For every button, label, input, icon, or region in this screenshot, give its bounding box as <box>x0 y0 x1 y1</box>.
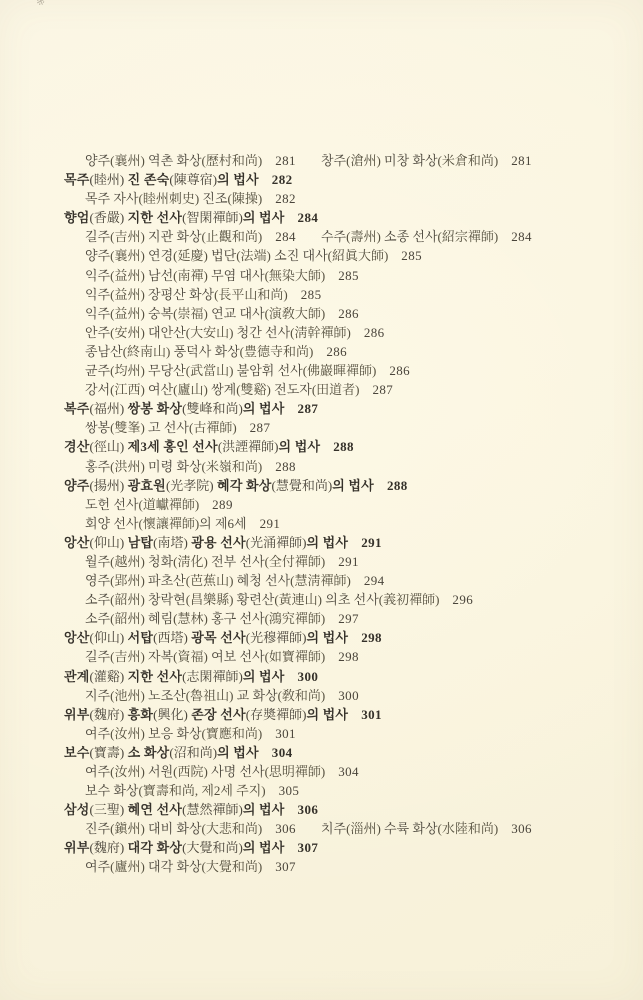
toc-entry: 길주(吉州) 자복(資福) 여보 선사(如寶禪師)298 <box>85 647 359 666</box>
hanja-parenthetical: (鎭州) <box>110 821 145 836</box>
hanja-parenthetical: (長平山和尚) <box>214 287 288 302</box>
toc-entry: 익주(益州) 장평산 화상(長平山和尚)285 <box>85 285 321 304</box>
toc-entry: 앙산(仰山) 서탑(西塔) 광목 선사(光穆禪師)의 법사298 <box>64 628 382 647</box>
toc-line: 목주(睦州) 진 존숙(陳尊宿)의 법사282 <box>64 170 613 189</box>
page-number: 285 <box>401 248 422 263</box>
toc-line: 여주(廬州) 대각 화상(大覺和尚)307 <box>64 857 613 876</box>
hanja-parenthetical: (廬山) <box>173 382 208 397</box>
hanja-parenthetical: (慧覺和尚) <box>272 478 333 493</box>
hanja-parenthetical: (陳尊宿) <box>169 172 217 187</box>
toc-line: 홍주(洪州) 미령 화상(米嶺和尚)288 <box>64 457 613 476</box>
toc-line: 복주(福州) 쌍봉 화상(雙峰和尚)의 법사287 <box>64 399 613 418</box>
page-number: 306 <box>511 821 532 836</box>
hanja-parenthetical: (西塔) <box>153 630 188 645</box>
hanja-parenthetical: (慧淸禪師) <box>290 573 351 588</box>
hanja-parenthetical: (仰山) <box>90 535 125 550</box>
toc-entry: 치주(淄州) 수륙 화상(水陸和尚)306 <box>321 819 532 838</box>
scan-artifact-mark: ※ <box>34 0 47 9</box>
hanja-parenthetical: (益州) <box>110 306 145 321</box>
toc-entry: 관계(灌谿) 지한 선사(志閑禪師)의 법사300 <box>64 667 318 686</box>
hanja-parenthetical: (襄州) <box>110 153 145 168</box>
page-number: 298 <box>361 630 382 645</box>
toc-line: 양주(襄州) 역촌 화상(歷村和尚)281창주(滄州) 미창 화상(米倉和尚)2… <box>64 151 613 170</box>
hanja-parenthetical: (慧然禪師) <box>182 802 243 817</box>
toc-line: 종남산(終南山) 풍덕사 화상(豊德寺和尚)286 <box>64 342 613 361</box>
toc-entry: 도헌 선사(道巘禪師)289 <box>85 495 233 514</box>
hanja-parenthetical: (池州) <box>110 688 145 703</box>
hanja-parenthetical: (陳操) <box>228 191 263 206</box>
hanja-parenthetical: (思明禪師) <box>265 764 326 779</box>
hanja-parenthetical: (古禪師) <box>189 420 237 435</box>
hanja-parenthetical: (魏府) <box>90 707 125 722</box>
page-number: 284 <box>511 229 532 244</box>
page-number: 291 <box>260 516 281 531</box>
toc-entry: 삼성(三聖) 혜연 선사(慧然禪師)의 법사306 <box>64 800 318 819</box>
hanja-parenthetical: (義初禪師) <box>379 592 440 607</box>
hanja-parenthetical: (米嶺和尚) <box>202 459 263 474</box>
hanja-parenthetical: (慧林) <box>173 611 208 626</box>
toc-entry: 홍주(洪州) 미령 화상(米嶺和尚)288 <box>85 457 296 476</box>
toc-entry: 여주(廬州) 대각 화상(大覺和尚)307 <box>85 857 296 876</box>
page-number: 284 <box>298 210 319 225</box>
hanja-parenthetical: (懷讓禪師) <box>138 516 199 531</box>
toc-line: 앙산(仰山) 서탑(西塔) 광목 선사(光穆禪師)의 법사298 <box>64 628 613 647</box>
toc-line: 진주(鎭州) 대비 화상(大悲和尚)306치주(淄州) 수륙 화상(水陸和尚)3… <box>64 819 613 838</box>
hanja-parenthetical: (灌谿) <box>90 669 125 684</box>
page-number: 281 <box>511 153 532 168</box>
hanja-parenthetical: (豊德寺和尚) <box>240 344 314 359</box>
toc-line: 양주(揚州) 광효원(光孝院) 혜각 화상(慧覺和尚)의 법사288 <box>64 476 613 495</box>
toc-line: 쌍봉(雙峯) 고 선사(古禪師)287 <box>64 418 613 437</box>
toc-entry: 지주(池州) 노조산(魯祖山) 교 화상(敎和尚)300 <box>85 686 359 705</box>
toc-entry: 위부(魏府) 흥화(興化) 존장 선사(存奬禪師)의 법사301 <box>64 705 382 724</box>
toc-line: 길주(吉州) 자복(資福) 여보 선사(如寶禪師)298 <box>64 647 613 666</box>
hanja-parenthetical: (洪諲禪師) <box>218 439 279 454</box>
toc-line: 지주(池州) 노조산(魯祖山) 교 화상(敎和尚)300 <box>64 686 613 705</box>
toc-line: 안주(安州) 대안산(大安山) 청간 선사(淸幹禪師)286 <box>64 323 613 342</box>
page-number: 287 <box>298 401 319 416</box>
toc-line: 목주 자사(睦州刺史) 진조(陳操)282 <box>64 189 613 208</box>
hanja-parenthetical: (田道者) <box>312 382 360 397</box>
hanja-parenthetical: (黃連山) <box>274 592 322 607</box>
hanja-parenthetical: (西院) <box>173 764 208 779</box>
hanja-parenthetical: (資福) <box>173 649 208 664</box>
hanja-parenthetical: (沼和尚) <box>169 745 217 760</box>
hanja-parenthetical: (吉州) <box>110 229 145 244</box>
hanja-parenthetical: (魏府) <box>90 840 125 855</box>
hanja-parenthetical: (演敎大師) <box>265 306 326 321</box>
page-number: 285 <box>301 287 322 302</box>
toc-line: 앙산(仰山) 남탑(南塔) 광용 선사(光涌禪師)의 법사291 <box>64 533 613 552</box>
page-number: 307 <box>298 840 319 855</box>
hanja-parenthetical: (淸幹禪師) <box>290 325 351 340</box>
hanja-parenthetical: (吉州) <box>110 649 145 664</box>
page-number: 286 <box>326 344 347 359</box>
hanja-parenthetical: (雙峯) <box>110 420 145 435</box>
hanja-parenthetical: (韶州) <box>110 611 145 626</box>
hanja-parenthetical: (水陸和尚) <box>438 821 499 836</box>
page-number: 296 <box>452 592 473 607</box>
toc-line: 소주(韶州) 혜림(慧林) 홍구 선사(鴻究禪師)297 <box>64 609 613 628</box>
page-number: 286 <box>338 306 359 321</box>
page-number: 285 <box>338 268 359 283</box>
toc-entry: 익주(益州) 남선(南禪) 무염 대사(無染大師)285 <box>85 266 359 285</box>
hanja-parenthetical: (止觀和尚) <box>202 229 263 244</box>
toc-entry: 쌍봉(雙峯) 고 선사(古禪師)287 <box>85 418 270 437</box>
page-number: 286 <box>364 325 385 340</box>
hanja-parenthetical: (光涌禪師) <box>246 535 307 550</box>
page-number: 287 <box>373 382 394 397</box>
toc-entry: 여주(汝州) 보응 화상(寶應和尚)301 <box>85 724 296 743</box>
hanja-parenthetical: (揚州) <box>90 478 125 493</box>
hanja-parenthetical: (紹眞大師) <box>328 248 389 263</box>
page-number: 282 <box>272 172 293 187</box>
hanja-parenthetical: (益州) <box>110 268 145 283</box>
hanja-parenthetical: (南塔) <box>153 535 188 550</box>
hanja-parenthetical: (淄州) <box>346 821 381 836</box>
hanja-parenthetical: (昌樂縣) <box>186 592 234 607</box>
toc-entry: 양주(襄州) 역촌 화상(歷村和尚)281 <box>85 151 321 170</box>
hanja-parenthetical: (大覺和尚) <box>182 840 243 855</box>
page-number: 298 <box>338 649 359 664</box>
hanja-parenthetical: (越州) <box>110 554 145 569</box>
hanja-parenthetical: (寶壽) <box>90 745 125 760</box>
hanja-parenthetical: (大悲和尚) <box>202 821 263 836</box>
page-number: 307 <box>275 859 296 874</box>
toc-line: 보수(寶壽) 소 화상(沼和尚)의 법사304 <box>64 743 613 762</box>
page-number: 306 <box>298 802 319 817</box>
hanja-parenthetical: (延慶) <box>173 248 208 263</box>
hanja-parenthetical: (淸化) <box>173 554 208 569</box>
hanja-parenthetical: (廬州) <box>110 859 145 874</box>
scanned-book-page: ※ 양주(襄州) 역촌 화상(歷村和尚)281창주(滄州) 미창 화상(米倉和尚… <box>0 0 643 1000</box>
hanja-parenthetical: (香嚴) <box>90 210 125 225</box>
toc-entry: 영주(郢州) 파초산(芭蕉山) 혜청 선사(慧淸禪師)294 <box>85 571 385 590</box>
toc-entry: 향엄(香嚴) 지한 선사(智閑禪師)의 법사284 <box>64 208 318 227</box>
page-number: 297 <box>338 611 359 626</box>
hanja-parenthetical: (雙峰和尚) <box>182 401 243 416</box>
hanja-parenthetical: (光孝院) <box>166 478 214 493</box>
toc-line: 회양 선사(懷讓禪師)의 제6세291 <box>64 514 613 533</box>
toc-entry: 안주(安州) 대안산(大安山) 청간 선사(淸幹禪師)286 <box>85 323 385 342</box>
hanja-parenthetical: (法端) <box>236 248 271 263</box>
hanja-parenthetical: (敎和尚) <box>278 688 326 703</box>
toc-entry: 강서(江西) 여산(廬山) 쌍계(雙谿) 전도자(田道者)287 <box>85 380 393 399</box>
hanja-parenthetical: (郢州) <box>110 573 145 588</box>
page-number: 291 <box>338 554 359 569</box>
toc-entry: 양주(襄州) 연경(延慶) 법단(法端) 소진 대사(紹眞大師)285 <box>85 246 422 265</box>
hanja-parenthetical: (睦州) <box>90 172 125 187</box>
hanja-parenthetical: (大覺和尚) <box>202 859 263 874</box>
page-number: 289 <box>212 497 233 512</box>
toc-line: 삼성(三聖) 혜연 선사(慧然禪師)의 법사306 <box>64 800 613 819</box>
toc-entry: 월주(越州) 청화(淸化) 전부 선사(全付禪師)291 <box>85 552 359 571</box>
page-number: 301 <box>361 707 382 722</box>
hanja-parenthetical: (紹宗禪師) <box>438 229 499 244</box>
toc-line: 소주(韶州) 창락현(昌樂縣) 황련산(黃連山) 의초 선사(義初禪師)296 <box>64 590 613 609</box>
hanja-parenthetical: (滄州) <box>346 153 381 168</box>
hanja-parenthetical: (全付禪師) <box>265 554 326 569</box>
hanja-parenthetical: (光穆禪師) <box>246 630 307 645</box>
toc-line: 강서(江西) 여산(廬山) 쌍계(雙谿) 전도자(田道者)287 <box>64 380 613 399</box>
toc-line: 도헌 선사(道巘禪師)289 <box>64 495 613 514</box>
hanja-parenthetical: (南禪) <box>173 268 208 283</box>
toc-line: 위부(魏府) 흥화(興化) 존장 선사(存奬禪師)의 법사301 <box>64 705 613 724</box>
toc-line: 관계(灌谿) 지한 선사(志閑禪師)의 법사300 <box>64 667 613 686</box>
page-number: 300 <box>298 669 319 684</box>
toc-line: 익주(益州) 장평산 화상(長平山和尚)285 <box>64 285 613 304</box>
hanja-parenthetical: (存奬禪師) <box>246 707 307 722</box>
page-number: 306 <box>275 821 296 836</box>
page-number: 282 <box>275 191 296 206</box>
hanja-parenthetical: (佛巖暉禪師) <box>303 363 377 378</box>
hanja-parenthetical: (寶應和尚) <box>202 726 263 741</box>
toc-line: 보수 화상(寶壽和尚, 제2세 주지)305 <box>64 781 613 800</box>
toc-entry: 보수(寶壽) 소 화상(沼和尚)의 법사304 <box>64 743 293 762</box>
toc-entry: 양주(揚州) 광효원(光孝院) 혜각 화상(慧覺和尚)의 법사288 <box>64 476 408 495</box>
hanja-parenthetical: (韶州) <box>110 592 145 607</box>
toc-line: 익주(益州) 숭복(崇福) 연교 대사(演敎大師)286 <box>64 304 613 323</box>
hanja-parenthetical: (福州) <box>90 401 125 416</box>
toc-entry: 창주(滄州) 미창 화상(米倉和尚)281 <box>321 151 532 170</box>
hanja-parenthetical: (汝州) <box>110 764 145 779</box>
hanja-parenthetical: (興化) <box>153 707 188 722</box>
hanja-parenthetical: (雙谿) <box>236 382 271 397</box>
hanja-parenthetical: (洪州) <box>110 459 145 474</box>
table-of-contents: 양주(襄州) 역촌 화상(歷村和尚)281창주(滄州) 미창 화상(米倉和尚)2… <box>64 151 613 877</box>
toc-line: 위부(魏府) 대각 화상(大覺和尚)의 법사307 <box>64 838 613 857</box>
page-number: 304 <box>338 764 359 779</box>
page-number: 300 <box>338 688 359 703</box>
hanja-parenthetical: (芭蕉山) <box>186 573 234 588</box>
hanja-parenthetical: (三聖) <box>90 802 125 817</box>
toc-entry: 소주(韶州) 창락현(昌樂縣) 황련산(黃連山) 의초 선사(義初禪師)296 <box>85 590 473 609</box>
hanja-parenthetical: (安州) <box>110 325 145 340</box>
hanja-parenthetical: (武當山) <box>186 363 234 378</box>
page-number: 291 <box>361 535 382 550</box>
page-number: 288 <box>275 459 296 474</box>
hanja-parenthetical: (大安山) <box>186 325 234 340</box>
toc-line: 양주(襄州) 연경(延慶) 법단(法端) 소진 대사(紹眞大師)285 <box>64 246 613 265</box>
toc-entry: 익주(益州) 숭복(崇福) 연교 대사(演敎大師)286 <box>85 304 359 323</box>
toc-line: 영주(郢州) 파초산(芭蕉山) 혜청 선사(慧淸禪師)294 <box>64 571 613 590</box>
hanja-parenthetical: (睦州刺史) <box>138 191 199 206</box>
page-number: 294 <box>364 573 385 588</box>
hanja-parenthetical: (智閑禪師) <box>182 210 243 225</box>
toc-entry: 여주(汝州) 서원(西院) 사명 선사(思明禪師)304 <box>85 762 359 781</box>
toc-entry: 길주(吉州) 지관 화상(止觀和尚)284 <box>85 227 321 246</box>
hanja-parenthetical: (徑山) <box>90 439 125 454</box>
toc-line: 익주(益州) 남선(南禪) 무염 대사(無染大師)285 <box>64 266 613 285</box>
toc-entry: 보수 화상(寶壽和尚, 제2세 주지)305 <box>85 781 299 800</box>
toc-entry: 진주(鎭州) 대비 화상(大悲和尚)306 <box>85 819 321 838</box>
hanja-parenthetical: (仰山) <box>90 630 125 645</box>
toc-entry: 목주(睦州) 진 존숙(陳尊宿)의 법사282 <box>64 170 293 189</box>
hanja-parenthetical: (終南山) <box>123 344 171 359</box>
hanja-parenthetical: (歷村和尚) <box>202 153 263 168</box>
page-number: 287 <box>250 420 271 435</box>
page-number: 281 <box>275 153 296 168</box>
toc-entry: 회양 선사(懷讓禪師)의 제6세291 <box>85 514 280 533</box>
hanja-parenthetical: (寶壽和尚, 제2세 주지) <box>138 783 265 798</box>
hanja-parenthetical: (益州) <box>110 287 145 302</box>
hanja-parenthetical: (魯祖山) <box>186 688 234 703</box>
hanja-parenthetical: (汝州) <box>110 726 145 741</box>
toc-line: 균주(均州) 무당산(武當山) 불암휘 선사(佛巖暉禪師)286 <box>64 361 613 380</box>
toc-entry: 위부(魏府) 대각 화상(大覺和尚)의 법사307 <box>64 838 318 857</box>
hanja-parenthetical: (如寶禪師) <box>265 649 326 664</box>
toc-entry: 수주(壽州) 소종 선사(紹宗禪師)284 <box>321 227 532 246</box>
hanja-parenthetical: (志閑禪師) <box>182 669 243 684</box>
toc-line: 길주(吉州) 지관 화상(止觀和尚)284수주(壽州) 소종 선사(紹宗禪師)2… <box>64 227 613 246</box>
toc-line: 여주(汝州) 보응 화상(寶應和尚)301 <box>64 724 613 743</box>
page-number: 284 <box>275 229 296 244</box>
toc-entry: 앙산(仰山) 남탑(南塔) 광용 선사(光涌禪師)의 법사291 <box>64 533 382 552</box>
page-number: 288 <box>333 439 354 454</box>
hanja-parenthetical: (壽州) <box>346 229 381 244</box>
toc-line: 월주(越州) 청화(淸化) 전부 선사(全付禪師)291 <box>64 552 613 571</box>
toc-entry: 균주(均州) 무당산(武當山) 불암휘 선사(佛巖暉禪師)286 <box>85 361 410 380</box>
toc-entry: 경산(徑山) 제3세 홍인 선사(洪諲禪師)의 법사288 <box>64 437 354 456</box>
toc-line: 여주(汝州) 서원(西院) 사명 선사(思明禪師)304 <box>64 762 613 781</box>
hanja-parenthetical: (米倉和尚) <box>438 153 499 168</box>
page-number: 288 <box>387 478 408 493</box>
hanja-parenthetical: (道巘禪師) <box>138 497 199 512</box>
toc-line: 경산(徑山) 제3세 홍인 선사(洪諲禪師)의 법사288 <box>64 437 613 456</box>
hanja-parenthetical: (崇福) <box>173 306 208 321</box>
page-number: 286 <box>389 363 410 378</box>
toc-entry: 종남산(終南山) 풍덕사 화상(豊德寺和尚)286 <box>85 342 347 361</box>
page-number: 304 <box>272 745 293 760</box>
hanja-parenthetical: (襄州) <box>110 248 145 263</box>
toc-entry: 복주(福州) 쌍봉 화상(雙峰和尚)의 법사287 <box>64 399 318 418</box>
hanja-parenthetical: (鴻究禪師) <box>265 611 326 626</box>
toc-entry: 목주 자사(睦州刺史) 진조(陳操)282 <box>85 189 296 208</box>
page-number: 301 <box>275 726 296 741</box>
toc-line: 향엄(香嚴) 지한 선사(智閑禪師)의 법사284 <box>64 208 613 227</box>
page-number: 305 <box>279 783 300 798</box>
toc-entry: 소주(韶州) 혜림(慧林) 홍구 선사(鴻究禪師)297 <box>85 609 359 628</box>
hanja-parenthetical: (無染大師) <box>265 268 326 283</box>
hanja-parenthetical: (江西) <box>110 382 145 397</box>
hanja-parenthetical: (均州) <box>110 363 145 378</box>
